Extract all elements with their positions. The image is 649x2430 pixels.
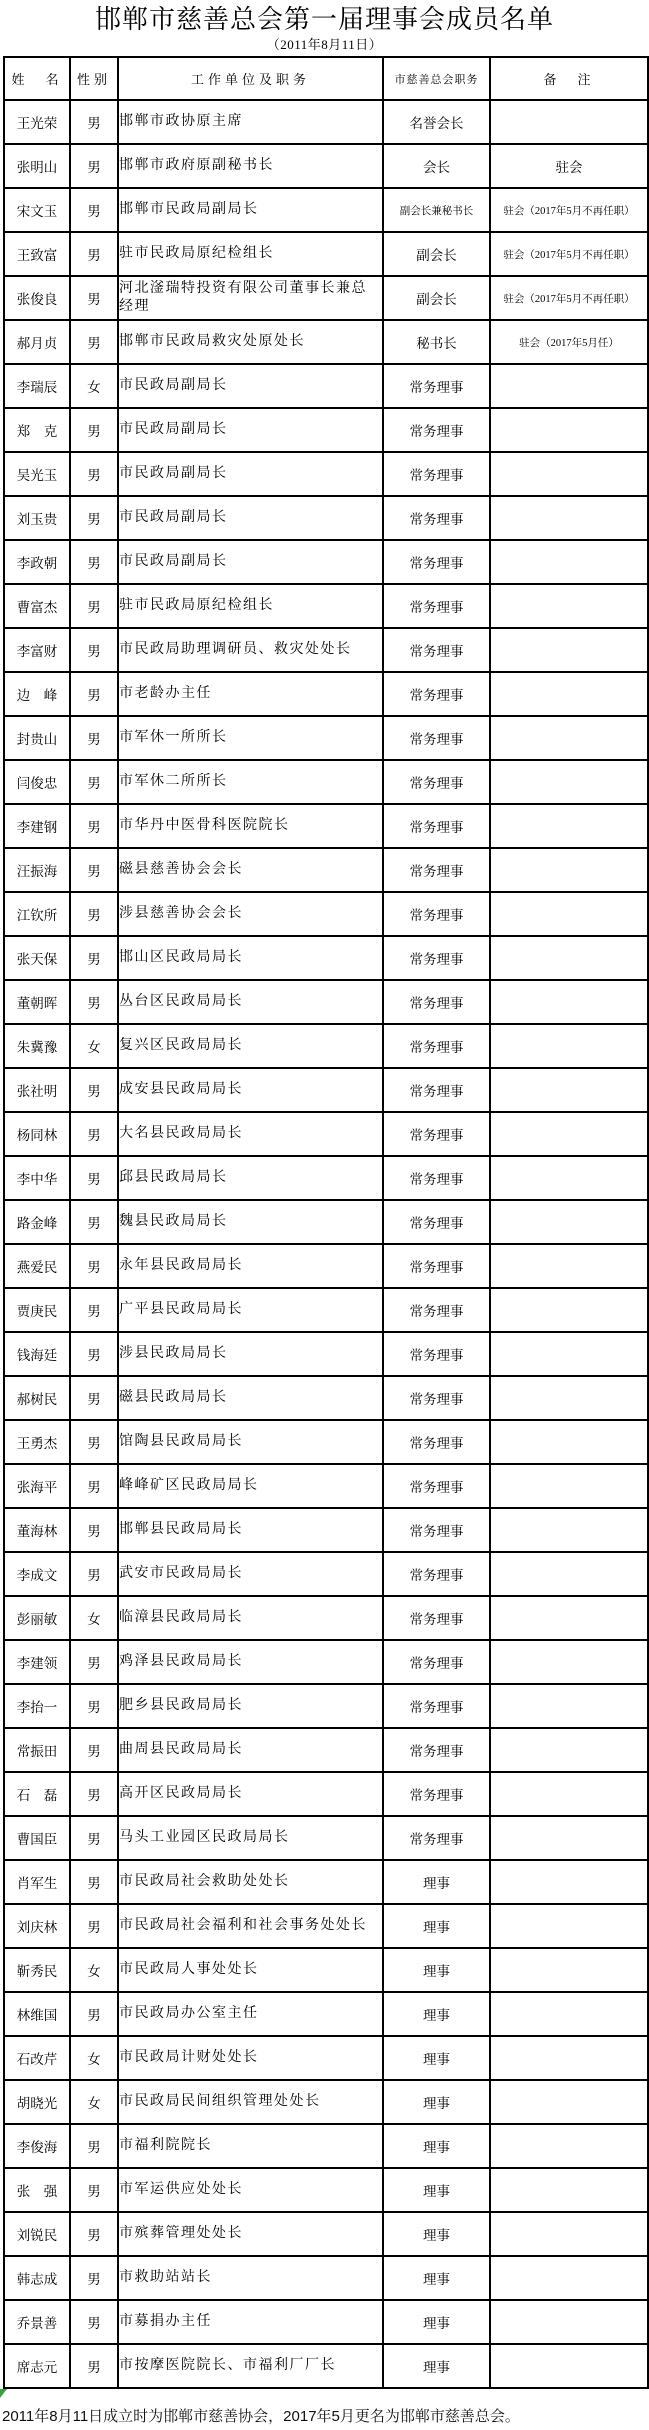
member-name: 常振田 bbox=[4, 1728, 70, 1772]
member-gender: 男 bbox=[70, 804, 118, 848]
member-note bbox=[490, 1420, 648, 1464]
member-name: 张明山 bbox=[4, 144, 70, 188]
member-charity-role: 理事 bbox=[383, 1992, 490, 2036]
member-work-unit: 市募捐办主任 bbox=[118, 2300, 383, 2344]
member-gender: 男 bbox=[70, 1068, 118, 1112]
member-name: 刘庆林 bbox=[4, 1904, 70, 1948]
table-row: 汪振海 男 磁县慈善协会会长 常务理事 bbox=[4, 848, 648, 892]
member-note: 驻会（2017年5月不再任职） bbox=[490, 276, 648, 320]
member-gender: 女 bbox=[70, 1024, 118, 1068]
member-name: 彭丽敏 bbox=[4, 1596, 70, 1640]
table-row: 郑 克 男 市民政局副局长 常务理事 bbox=[4, 408, 648, 452]
member-note bbox=[490, 2036, 648, 2080]
table-row: 席志元 男 市按摩医院院长、市福利厂厂长 理事 bbox=[4, 2344, 648, 2388]
member-note bbox=[490, 936, 648, 980]
member-charity-role: 理事 bbox=[383, 2080, 490, 2124]
table-row: 王致富 男 驻市民政局原纪检组长 副会长 驻会（2017年5月不再任职） bbox=[4, 232, 648, 276]
member-work-unit: 市民政局人事处处长 bbox=[118, 1948, 383, 1992]
table-row: 李俊海 男 市福利院院长 理事 bbox=[4, 2124, 648, 2168]
member-note bbox=[490, 1156, 648, 1200]
page-title: 邯郸市慈善总会第一届理事会成员名单 bbox=[0, 5, 649, 35]
member-work-unit: 市民政局副局长 bbox=[118, 496, 383, 540]
member-name: 曹国臣 bbox=[4, 1816, 70, 1860]
table-row: 郝月贞 男 邯郸市民政局救灾处原处长 秘书长 驻会（2017年5月任） bbox=[4, 320, 648, 364]
member-name: 燕爱民 bbox=[4, 1244, 70, 1288]
member-gender: 男 bbox=[70, 1464, 118, 1508]
member-charity-role: 常务理事 bbox=[383, 1288, 490, 1332]
member-work-unit: 市民政局计财处处长 bbox=[118, 2036, 383, 2080]
member-gender: 男 bbox=[70, 2344, 118, 2388]
member-work-unit: 市殡葬管理处处长 bbox=[118, 2212, 383, 2256]
member-charity-role: 常务理事 bbox=[383, 1200, 490, 1244]
member-name: 张社明 bbox=[4, 1068, 70, 1112]
member-gender: 男 bbox=[70, 2168, 118, 2212]
member-gender: 男 bbox=[70, 1156, 118, 1200]
member-gender: 男 bbox=[70, 1112, 118, 1156]
table-row: 肖军生 男 市民政局社会救助处处长 理事 bbox=[4, 1860, 648, 1904]
member-note bbox=[490, 1288, 648, 1332]
member-name: 席志元 bbox=[4, 2344, 70, 2388]
member-charity-role: 会长 bbox=[383, 144, 490, 188]
member-gender: 男 bbox=[70, 1376, 118, 1420]
member-note bbox=[490, 1904, 648, 1948]
member-work-unit: 武安市民政局局长 bbox=[118, 1552, 383, 1596]
member-gender: 男 bbox=[70, 2256, 118, 2300]
member-note bbox=[490, 408, 648, 452]
member-name: 董朝晖 bbox=[4, 980, 70, 1024]
member-charity-role: 理事 bbox=[383, 2124, 490, 2168]
member-name: 李瑞辰 bbox=[4, 364, 70, 408]
member-gender: 男 bbox=[70, 1992, 118, 2036]
member-name: 肖军生 bbox=[4, 1860, 70, 1904]
header-note: 备 注 bbox=[490, 57, 648, 100]
member-note: 驻会（2017年5月任） bbox=[490, 320, 648, 364]
member-work-unit: 成安县民政局局长 bbox=[118, 1068, 383, 1112]
member-gender: 女 bbox=[70, 364, 118, 408]
member-name: 韩志成 bbox=[4, 2256, 70, 2300]
member-name: 路金峰 bbox=[4, 1200, 70, 1244]
member-gender: 男 bbox=[70, 2124, 118, 2168]
member-work-unit: 市救助站站长 bbox=[118, 2256, 383, 2300]
member-work-unit: 广平县民政局局长 bbox=[118, 1288, 383, 1332]
member-name: 靳秀民 bbox=[4, 1948, 70, 1992]
member-gender: 男 bbox=[70, 144, 118, 188]
member-work-unit: 市民政局副局长 bbox=[118, 540, 383, 584]
member-note bbox=[490, 672, 648, 716]
table-row: 闫俊忠 男 市军休二所所长 常务理事 bbox=[4, 760, 648, 804]
member-name: 吴光玉 bbox=[4, 452, 70, 496]
member-work-unit: 市民政局副局长 bbox=[118, 364, 383, 408]
table-row: 曹富杰 男 驻市民政局原纪检组长 常务理事 bbox=[4, 584, 648, 628]
member-charity-role: 理事 bbox=[383, 2256, 490, 2300]
member-work-unit: 市民政局办公室主任 bbox=[118, 1992, 383, 2036]
member-work-unit: 市军运供应处处长 bbox=[118, 2168, 383, 2212]
member-charity-role: 常务理事 bbox=[383, 1112, 490, 1156]
member-note bbox=[490, 1068, 648, 1112]
member-name: 王致富 bbox=[4, 232, 70, 276]
member-note bbox=[490, 628, 648, 672]
member-charity-role: 常务理事 bbox=[383, 1332, 490, 1376]
member-charity-role: 常务理事 bbox=[383, 1640, 490, 1684]
green-corner-marker bbox=[0, 2389, 7, 2398]
member-gender: 男 bbox=[70, 1816, 118, 1860]
member-work-unit: 驻市民政局原纪检组长 bbox=[118, 584, 383, 628]
member-gender: 男 bbox=[70, 496, 118, 540]
member-work-unit: 大名县民政局局长 bbox=[118, 1112, 383, 1156]
member-charity-role: 理事 bbox=[383, 1948, 490, 1992]
member-note bbox=[490, 1112, 648, 1156]
member-charity-role: 常务理事 bbox=[383, 1156, 490, 1200]
member-gender: 男 bbox=[70, 1684, 118, 1728]
member-charity-role: 常务理事 bbox=[383, 1684, 490, 1728]
member-note bbox=[490, 1684, 648, 1728]
member-charity-role: 常务理事 bbox=[383, 892, 490, 936]
member-gender: 男 bbox=[70, 1860, 118, 1904]
member-gender: 男 bbox=[70, 2300, 118, 2344]
member-work-unit: 市民政局社会福利和社会事务处处长 bbox=[118, 1904, 383, 1948]
member-name: 郝月贞 bbox=[4, 320, 70, 364]
member-charity-role: 常务理事 bbox=[383, 1420, 490, 1464]
table-row: 韩志成 男 市救助站站长 理事 bbox=[4, 2256, 648, 2300]
member-name: 石改芹 bbox=[4, 2036, 70, 2080]
member-gender: 男 bbox=[70, 1772, 118, 1816]
member-name: 林维国 bbox=[4, 1992, 70, 2036]
table-row: 李富财 男 市民政局助理调研员、救灾处处长 常务理事 bbox=[4, 628, 648, 672]
member-note bbox=[490, 1464, 648, 1508]
member-note bbox=[490, 540, 648, 584]
member-work-unit: 曲周县民政局局长 bbox=[118, 1728, 383, 1772]
table-row: 董朝晖 男 丛台区民政局局长 常务理事 bbox=[4, 980, 648, 1024]
member-charity-role: 常务理事 bbox=[383, 936, 490, 980]
member-name: 胡晓光 bbox=[4, 2080, 70, 2124]
member-gender: 女 bbox=[70, 1596, 118, 1640]
member-charity-role: 常务理事 bbox=[383, 716, 490, 760]
member-note bbox=[490, 1816, 648, 1860]
table-row: 王光荣 男 邯郸市政协原主席 名誉会长 bbox=[4, 100, 648, 144]
page-subtitle: （2011年8月11日） bbox=[0, 37, 649, 53]
member-charity-role: 常务理事 bbox=[383, 980, 490, 1024]
member-gender: 男 bbox=[70, 452, 118, 496]
members-table: 姓 名 性别 工作单位及职务 市慈善总会职务 备 注 王光荣 男 邯郸市政协原主… bbox=[3, 56, 649, 2389]
table-row: 董海林 男 邯郸县民政局局长 常务理事 bbox=[4, 1508, 648, 1552]
member-note bbox=[490, 1640, 648, 1684]
table-row: 江钦所 男 涉县慈善协会会长 常务理事 bbox=[4, 892, 648, 936]
member-work-unit: 马头工业园区民政局局长 bbox=[118, 1816, 383, 1860]
table-row: 封贵山 男 市军休一所所长 常务理事 bbox=[4, 716, 648, 760]
member-charity-role: 理事 bbox=[383, 2168, 490, 2212]
member-charity-role: 理事 bbox=[383, 2036, 490, 2080]
member-gender: 男 bbox=[70, 1508, 118, 1552]
member-gender: 男 bbox=[70, 232, 118, 276]
member-note bbox=[490, 1200, 648, 1244]
member-name: 李中华 bbox=[4, 1156, 70, 1200]
table-row: 贾庚民 男 广平县民政局局长 常务理事 bbox=[4, 1288, 648, 1332]
member-note bbox=[490, 1552, 648, 1596]
member-charity-role: 常务理事 bbox=[383, 1816, 490, 1860]
member-gender: 女 bbox=[70, 2036, 118, 2080]
member-charity-role: 理事 bbox=[383, 1860, 490, 1904]
member-work-unit: 涉县慈善协会会长 bbox=[118, 892, 383, 936]
table-row: 常振田 男 曲周县民政局局长 常务理事 bbox=[4, 1728, 648, 1772]
member-note bbox=[490, 1244, 648, 1288]
member-work-unit: 魏县民政局局长 bbox=[118, 1200, 383, 1244]
member-charity-role: 副会长兼秘书长 bbox=[383, 188, 490, 232]
member-gender: 男 bbox=[70, 1420, 118, 1464]
member-note bbox=[490, 1860, 648, 1904]
member-gender: 男 bbox=[70, 628, 118, 672]
member-note bbox=[490, 980, 648, 1024]
member-note: 驻会（2017年5月不再任职） bbox=[490, 188, 648, 232]
member-name: 乔景善 bbox=[4, 2300, 70, 2344]
member-gender: 男 bbox=[70, 540, 118, 584]
member-note bbox=[490, 760, 648, 804]
member-gender: 男 bbox=[70, 1904, 118, 1948]
member-note bbox=[490, 2080, 648, 2124]
member-charity-role: 常务理事 bbox=[383, 540, 490, 584]
member-charity-role: 常务理事 bbox=[383, 364, 490, 408]
member-gender: 女 bbox=[70, 1948, 118, 1992]
member-gender: 男 bbox=[70, 980, 118, 1024]
member-gender: 男 bbox=[70, 716, 118, 760]
member-work-unit: 永年县民政局局长 bbox=[118, 1244, 383, 1288]
member-charity-role: 常务理事 bbox=[383, 1464, 490, 1508]
member-name: 张俊良 bbox=[4, 276, 70, 320]
member-charity-role: 常务理事 bbox=[383, 1024, 490, 1068]
member-note bbox=[490, 1596, 648, 1640]
member-charity-role: 常务理事 bbox=[383, 1508, 490, 1552]
member-charity-role: 常务理事 bbox=[383, 1596, 490, 1640]
member-work-unit: 市军休二所所长 bbox=[118, 760, 383, 804]
footnote: 2011年8月11日成立时为邯郸市慈善协会，2017年5月更名为邯郸市慈善总会。 bbox=[2, 2406, 649, 2428]
member-work-unit: 高开区民政局局长 bbox=[118, 1772, 383, 1816]
table-row: 胡晓光 女 市民政局民间组织管理处处长 理事 bbox=[4, 2080, 648, 2124]
member-note bbox=[490, 1332, 648, 1376]
table-row: 李瑞辰 女 市民政局副局长 常务理事 bbox=[4, 364, 648, 408]
member-work-unit: 磁县慈善协会会长 bbox=[118, 848, 383, 892]
table-row: 靳秀民 女 市民政局人事处处长 理事 bbox=[4, 1948, 648, 1992]
table-row: 曹国臣 男 马头工业园区民政局局长 常务理事 bbox=[4, 1816, 648, 1860]
member-charity-role: 常务理事 bbox=[383, 804, 490, 848]
header-charity-role: 市慈善总会职务 bbox=[383, 57, 490, 100]
member-work-unit: 市民政局社会救助处处长 bbox=[118, 1860, 383, 1904]
member-note bbox=[490, 364, 648, 408]
member-note bbox=[490, 2124, 648, 2168]
member-gender: 男 bbox=[70, 672, 118, 716]
table-row: 边 峰 男 市老龄办主任 常务理事 bbox=[4, 672, 648, 716]
header-work-unit: 工作单位及职务 bbox=[118, 57, 383, 100]
member-note bbox=[490, 892, 648, 936]
member-note bbox=[490, 1376, 648, 1420]
member-gender: 男 bbox=[70, 188, 118, 232]
member-charity-role: 理事 bbox=[383, 1904, 490, 1948]
member-charity-role: 常务理事 bbox=[383, 760, 490, 804]
member-name: 王勇杰 bbox=[4, 1420, 70, 1464]
member-charity-role: 常务理事 bbox=[383, 1244, 490, 1288]
table-row: 张俊良 男 河北滏瑞特投资有限公司董事长兼总经理 副会长 驻会（2017年5月不… bbox=[4, 276, 648, 320]
member-charity-role: 常务理事 bbox=[383, 628, 490, 672]
member-charity-role: 常务理事 bbox=[383, 1552, 490, 1596]
table-row: 张 强 男 市军运供应处处长 理事 bbox=[4, 2168, 648, 2212]
member-note bbox=[490, 1024, 648, 1068]
member-name: 李政朝 bbox=[4, 540, 70, 584]
member-note bbox=[490, 584, 648, 628]
member-gender: 男 bbox=[70, 2212, 118, 2256]
member-work-unit: 邯郸市政府原副秘书长 bbox=[118, 144, 383, 188]
member-charity-role: 理事 bbox=[383, 2212, 490, 2256]
member-gender: 男 bbox=[70, 1332, 118, 1376]
member-name: 李建领 bbox=[4, 1640, 70, 1684]
header-name: 姓 名 bbox=[4, 57, 70, 100]
member-work-unit: 邯郸市民政局副局长 bbox=[118, 188, 383, 232]
member-gender: 男 bbox=[70, 320, 118, 364]
member-work-unit: 市老龄办主任 bbox=[118, 672, 383, 716]
member-work-unit: 市福利院院长 bbox=[118, 2124, 383, 2168]
member-charity-role: 常务理事 bbox=[383, 584, 490, 628]
member-note: 驻会（2017年5月不再任职） bbox=[490, 232, 648, 276]
table-row: 彭丽敏 女 临漳县民政局局长 常务理事 bbox=[4, 1596, 648, 1640]
table-row: 张明山 男 邯郸市政府原副秘书长 会长 驻会 bbox=[4, 144, 648, 188]
member-work-unit: 丛台区民政局局长 bbox=[118, 980, 383, 1024]
table-row: 乔景善 男 市募捐办主任 理事 bbox=[4, 2300, 648, 2344]
member-work-unit: 市民政局助理调研员、救灾处处长 bbox=[118, 628, 383, 672]
table-header-row: 姓 名 性别 工作单位及职务 市慈善总会职务 备 注 bbox=[4, 57, 648, 100]
member-name: 张海平 bbox=[4, 1464, 70, 1508]
member-charity-role: 常务理事 bbox=[383, 1728, 490, 1772]
member-name: 江钦所 bbox=[4, 892, 70, 936]
member-note bbox=[490, 716, 648, 760]
table-row: 钱海廷 男 涉县民政局局长 常务理事 bbox=[4, 1332, 648, 1376]
table-row: 朱冀豫 女 复兴区民政局局长 常务理事 bbox=[4, 1024, 648, 1068]
member-work-unit: 邯郸县民政局局长 bbox=[118, 1508, 383, 1552]
table-row: 张天保 男 邯山区民政局局长 常务理事 bbox=[4, 936, 648, 980]
member-note bbox=[490, 2212, 648, 2256]
member-charity-role: 理事 bbox=[383, 2344, 490, 2388]
member-charity-role: 理事 bbox=[383, 2300, 490, 2344]
member-note bbox=[490, 1508, 648, 1552]
member-name: 张天保 bbox=[4, 936, 70, 980]
member-note bbox=[490, 2344, 648, 2388]
member-charity-role: 常务理事 bbox=[383, 408, 490, 452]
member-work-unit: 邯山区民政局局长 bbox=[118, 936, 383, 980]
member-name: 李俊海 bbox=[4, 2124, 70, 2168]
member-name: 刘锐民 bbox=[4, 2212, 70, 2256]
member-work-unit: 临漳县民政局局长 bbox=[118, 1596, 383, 1640]
member-work-unit: 市民政局副局长 bbox=[118, 452, 383, 496]
member-note bbox=[490, 452, 648, 496]
member-name: 李抬一 bbox=[4, 1684, 70, 1728]
member-gender: 男 bbox=[70, 848, 118, 892]
member-gender: 女 bbox=[70, 2080, 118, 2124]
member-work-unit: 市民政局副局长 bbox=[118, 408, 383, 452]
member-charity-role: 副会长 bbox=[383, 232, 490, 276]
member-work-unit: 馆陶县民政局局长 bbox=[118, 1420, 383, 1464]
member-gender: 男 bbox=[70, 1552, 118, 1596]
member-charity-role: 常务理事 bbox=[383, 1772, 490, 1816]
table-row: 李中华 男 邱县民政局局长 常务理事 bbox=[4, 1156, 648, 1200]
member-work-unit: 市军休一所所长 bbox=[118, 716, 383, 760]
member-work-unit: 市华丹中医骨科医院院长 bbox=[118, 804, 383, 848]
member-work-unit: 鸡泽县民政局局长 bbox=[118, 1640, 383, 1684]
member-charity-role: 常务理事 bbox=[383, 452, 490, 496]
member-gender: 男 bbox=[70, 1728, 118, 1772]
member-charity-role: 秘书长 bbox=[383, 320, 490, 364]
table-row: 张社明 男 成安县民政局局长 常务理事 bbox=[4, 1068, 648, 1112]
member-name: 汪振海 bbox=[4, 848, 70, 892]
table-row: 石 磊 男 高开区民政局局长 常务理事 bbox=[4, 1772, 648, 1816]
member-work-unit: 邱县民政局局长 bbox=[118, 1156, 383, 1200]
member-note bbox=[490, 1992, 648, 2036]
member-name: 李建钢 bbox=[4, 804, 70, 848]
member-work-unit: 市民政局民间组织管理处处长 bbox=[118, 2080, 383, 2124]
member-name: 李成文 bbox=[4, 1552, 70, 1596]
member-name: 朱冀豫 bbox=[4, 1024, 70, 1068]
member-name: 郝树民 bbox=[4, 1376, 70, 1420]
member-work-unit: 复兴区民政局局长 bbox=[118, 1024, 383, 1068]
table-row: 刘庆林 男 市民政局社会福利和社会事务处处长 理事 bbox=[4, 1904, 648, 1948]
member-name: 边 峰 bbox=[4, 672, 70, 716]
member-name: 李富财 bbox=[4, 628, 70, 672]
member-name: 石 磊 bbox=[4, 1772, 70, 1816]
member-name: 封贵山 bbox=[4, 716, 70, 760]
member-name: 宋文玉 bbox=[4, 188, 70, 232]
member-note: 驻会 bbox=[490, 144, 648, 188]
member-note bbox=[490, 2168, 648, 2212]
member-work-unit: 峰峰矿区民政局局长 bbox=[118, 1464, 383, 1508]
member-name: 张 强 bbox=[4, 2168, 70, 2212]
member-note bbox=[490, 496, 648, 540]
header-gender: 性别 bbox=[70, 57, 118, 100]
member-gender: 男 bbox=[70, 408, 118, 452]
table-row: 王勇杰 男 馆陶县民政局局长 常务理事 bbox=[4, 1420, 648, 1464]
member-gender: 男 bbox=[70, 1640, 118, 1684]
member-gender: 男 bbox=[70, 1244, 118, 1288]
member-note bbox=[490, 100, 648, 144]
member-name: 钱海廷 bbox=[4, 1332, 70, 1376]
member-note bbox=[490, 848, 648, 892]
member-note bbox=[490, 2300, 648, 2344]
member-work-unit: 涉县民政局局长 bbox=[118, 1332, 383, 1376]
member-name: 闫俊忠 bbox=[4, 760, 70, 804]
member-work-unit: 邯郸市民政局救灾处原处长 bbox=[118, 320, 383, 364]
table-row: 刘玉贵 男 市民政局副局长 常务理事 bbox=[4, 496, 648, 540]
member-charity-role: 常务理事 bbox=[383, 672, 490, 716]
member-note bbox=[490, 1728, 648, 1772]
member-work-unit: 肥乡县民政局局长 bbox=[118, 1684, 383, 1728]
member-gender: 男 bbox=[70, 276, 118, 320]
table-row: 李建钢 男 市华丹中医骨科医院院长 常务理事 bbox=[4, 804, 648, 848]
member-name: 曹富杰 bbox=[4, 584, 70, 628]
member-gender: 男 bbox=[70, 100, 118, 144]
member-name: 杨同林 bbox=[4, 1112, 70, 1156]
table-row: 吴光玉 男 市民政局副局长 常务理事 bbox=[4, 452, 648, 496]
member-gender: 男 bbox=[70, 892, 118, 936]
table-row: 郝树民 男 磁县民政局局长 常务理事 bbox=[4, 1376, 648, 1420]
table-row: 刘锐民 男 市殡葬管理处处长 理事 bbox=[4, 2212, 648, 2256]
member-note bbox=[490, 1772, 648, 1816]
member-work-unit: 磁县民政局局长 bbox=[118, 1376, 383, 1420]
member-name: 刘玉贵 bbox=[4, 496, 70, 540]
member-charity-role: 常务理事 bbox=[383, 1376, 490, 1420]
member-name: 贾庚民 bbox=[4, 1288, 70, 1332]
table-row: 李建领 男 鸡泽县民政局局长 常务理事 bbox=[4, 1640, 648, 1684]
member-gender: 男 bbox=[70, 936, 118, 980]
table-row: 杨同林 男 大名县民政局局长 常务理事 bbox=[4, 1112, 648, 1156]
member-charity-role: 常务理事 bbox=[383, 496, 490, 540]
member-name: 董海林 bbox=[4, 1508, 70, 1552]
member-charity-role: 常务理事 bbox=[383, 1068, 490, 1112]
table-row: 李成文 男 武安市民政局局长 常务理事 bbox=[4, 1552, 648, 1596]
member-work-unit: 邯郸市政协原主席 bbox=[118, 100, 383, 144]
